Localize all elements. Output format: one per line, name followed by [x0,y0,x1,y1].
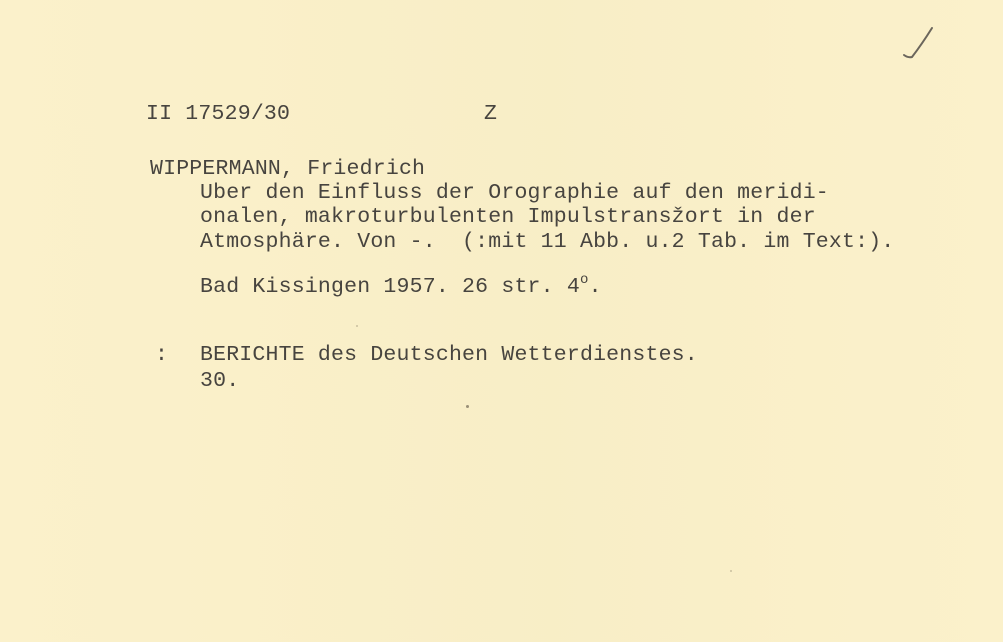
check-mark-icon [898,22,938,62]
call-number: II 17529/30 [146,102,290,126]
card-code: Z [484,102,497,126]
paper-speck [356,325,358,327]
series-marker: : [155,343,168,367]
title-line-1: Uber den Einfluss der Orographie auf den… [200,181,829,205]
imprint-text: Bad Kissingen 1957. 26 str. 4 [200,275,580,299]
imprint-superscript: o [580,272,589,288]
author-name: WIPPERMANN, Friedrich [150,157,425,181]
catalog-card: II 17529/30 Z WIPPERMANN, Friedrich Uber… [0,0,1003,642]
imprint: Bad Kissingen 1957. 26 str. 4o. [200,268,602,299]
title-line-3: Atmosphäre. Von -. (:mit 11 Abb. u.2 Tab… [200,230,894,254]
paper-speck [730,570,732,572]
series-title: BERICHTE des Deutschen Wetterdienstes. [200,343,698,367]
imprint-end: . [589,275,602,299]
series-number: 30. [200,369,239,393]
paper-speck [466,405,469,408]
title-line-2: onalen, makroturbulenten Impulstransžort… [200,205,816,229]
